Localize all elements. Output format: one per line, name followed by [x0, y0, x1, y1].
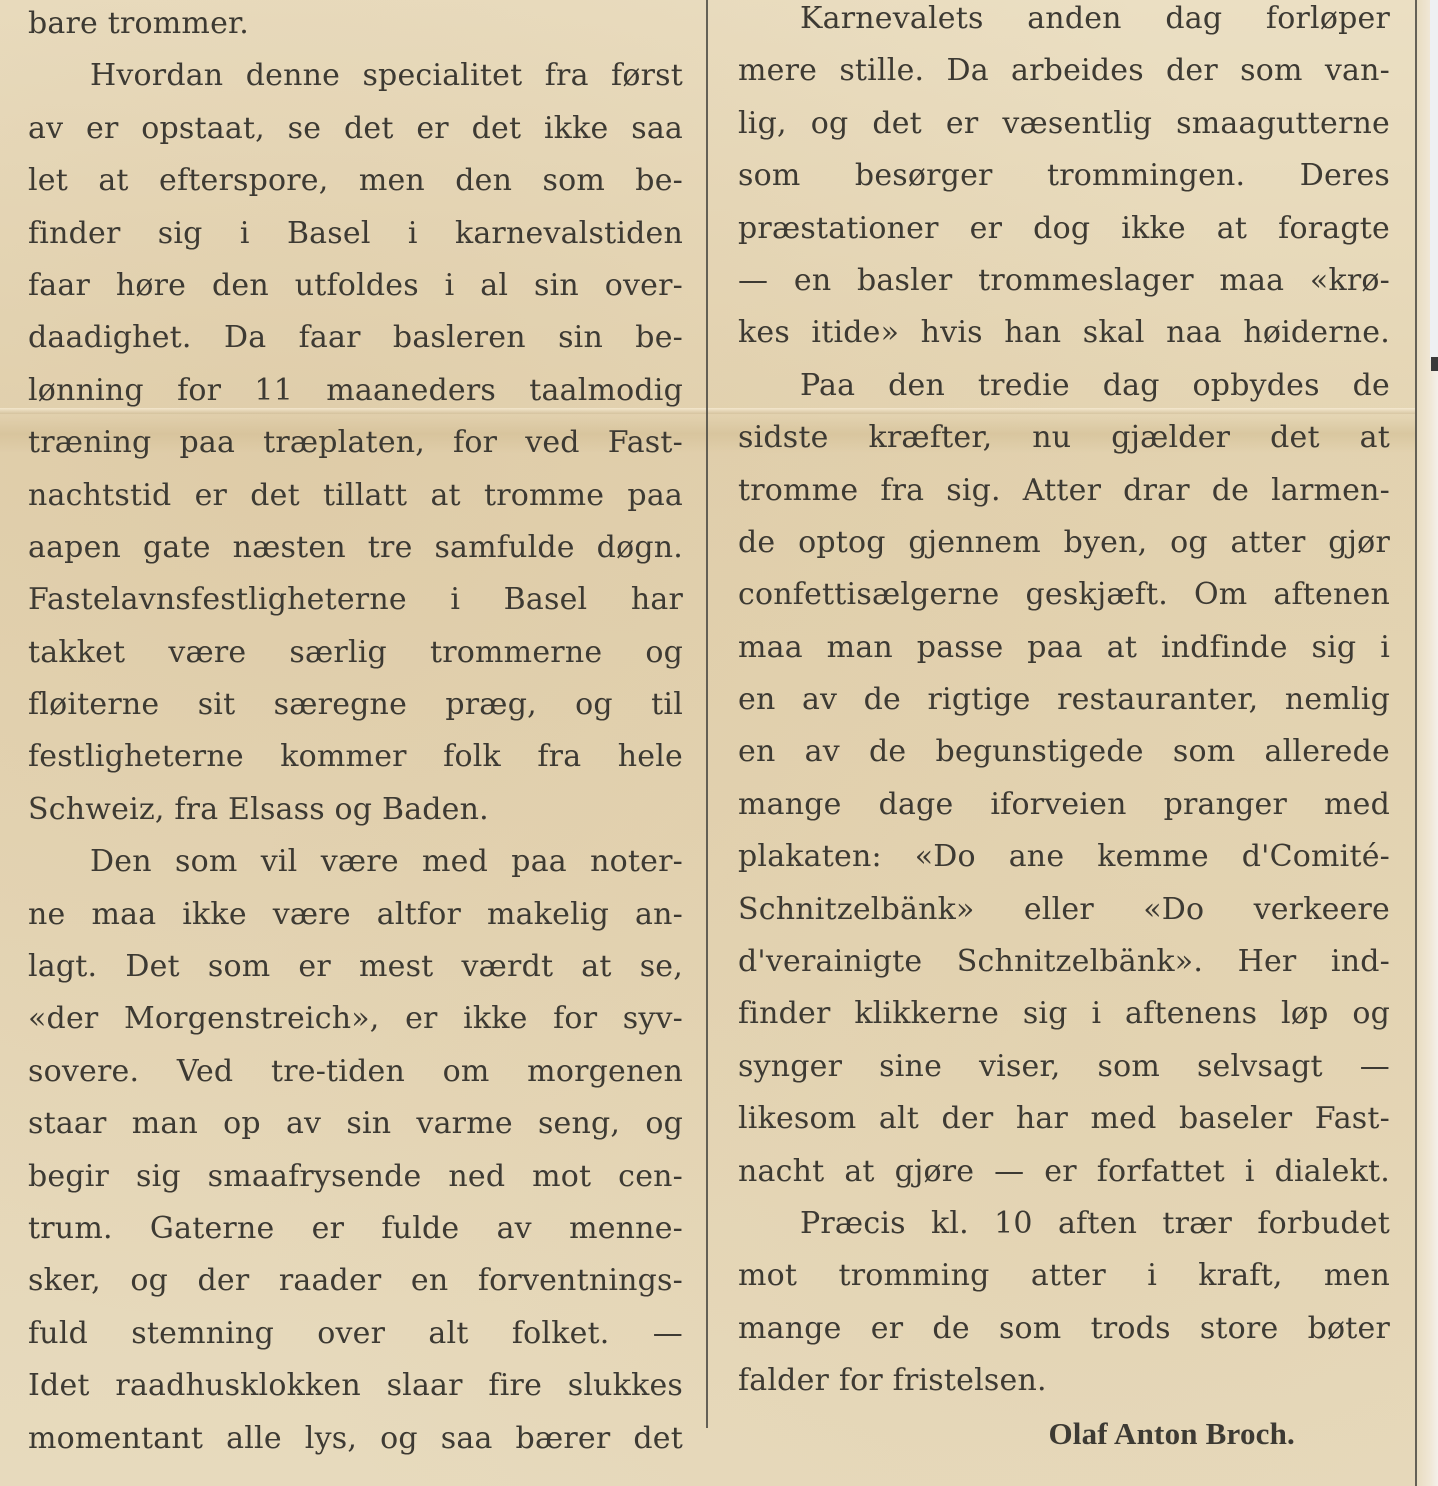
text-line: mot tromming atter i kraft, men	[738, 1250, 1390, 1302]
text-line: synger sine viser, som selvsagt —	[738, 1041, 1390, 1093]
text-line: præstationer er dog ikke at foragte	[738, 203, 1390, 255]
text-line: ne maa ikke være altfor makelig an-	[28, 889, 683, 941]
text-line: Præcis kl. 10 aften trær forbudet	[738, 1198, 1390, 1250]
text-line: av er opstaat, se det er det ikke saa	[28, 103, 683, 155]
text-line: mange er de som trods store bøter	[738, 1303, 1390, 1355]
text-line: finder klikkerne sig i aftenens løp og	[738, 988, 1390, 1040]
text-line: træning paa træplaten, for ved Fast-	[28, 417, 683, 469]
text-line: Paa den tredie dag opbydes de	[738, 360, 1390, 412]
text-line: likesom alt der har med baseler Fast-	[738, 1093, 1390, 1145]
text-line: sidste kræfter, nu gjælder det at	[738, 412, 1390, 464]
text-line: lagt. Det som er mest værdt at se,	[28, 941, 683, 993]
text-line: Idet raadhusklokken slaar fire slukkes	[28, 1360, 683, 1412]
newspaper-page: bare trommer.Hvordan denne specialitet f…	[0, 0, 1438, 1486]
text-line: plakaten: «Do ane kemme d'Comité-	[738, 831, 1390, 883]
text-line: aapen gate næsten tre samfulde døgn.	[28, 522, 683, 574]
text-line: tromme fra sig. Atter drar de larmen-	[738, 465, 1390, 517]
text-line: let at efterspore, men den som be-	[28, 155, 683, 207]
text-line: faar høre den utfoldes i al sin over-	[28, 260, 683, 312]
right-border-rule	[1415, 0, 1417, 1486]
text-line: fuld stemning over alt folket. —	[28, 1308, 683, 1360]
column-divider	[706, 0, 708, 1428]
text-line: sker, og der raader en forventnings-	[28, 1255, 683, 1307]
text-line: trum. Gaterne er fulde av menne-	[28, 1203, 683, 1255]
text-line: begir sig smaafrysende ned mot cen-	[28, 1151, 683, 1203]
text-line: daadighet. Da faar basleren sin be-	[28, 312, 683, 364]
text-line: nachtstid er det tillatt at tromme paa	[28, 470, 683, 522]
text-line: Schnitzelbänk» eller «Do verkeere	[738, 884, 1390, 936]
text-line: Karnevalets anden dag forløper	[738, 0, 1390, 45]
text-line: Schweiz, fra Elsass og Baden.	[28, 784, 683, 836]
text-line: — en basler trommeslager maa «krø-	[738, 255, 1390, 307]
text-line: nacht at gjøre — er forfattet i dialekt.	[738, 1146, 1390, 1198]
text-line: Den som vil være med paa noter-	[28, 836, 683, 888]
text-line: maa man passe paa at indfinde sig i	[738, 622, 1390, 674]
text-line: falder for fristelsen.	[738, 1355, 1390, 1407]
author-signature: Olaf Anton Broch.	[738, 1408, 1390, 1460]
text-line: mere stille. Da arbeides der som van-	[738, 45, 1390, 97]
text-line: momentant alle lys, og saa bærer det	[28, 1413, 683, 1465]
scan-background	[1430, 0, 1438, 360]
text-line: d'verainigte Schnitzelbänk». Her ind-	[738, 936, 1390, 988]
text-line: «der Morgenstreich», er ikke for syv-	[28, 993, 683, 1045]
text-line: en av de begunstigede som allerede	[738, 726, 1390, 778]
text-line: en av de rigtige restauranter, nemlig	[738, 674, 1390, 726]
text-line: staar man op av sin varme seng, og	[28, 1098, 683, 1150]
edge-mark	[1431, 357, 1438, 371]
article-column-right: Karnevalets anden dag forløpermere still…	[738, 0, 1390, 1460]
text-line: bare trommer.	[28, 0, 683, 50]
text-line: mange dage iforveien pranger med	[738, 779, 1390, 831]
text-line: Fastelavnsfestligheterne i Basel har	[28, 574, 683, 626]
text-line: som besørger trommingen. Deres	[738, 150, 1390, 202]
text-line: finder sig i Basel i karnevalstiden	[28, 208, 683, 260]
text-line: kes itide» hvis han skal naa høiderne.	[738, 307, 1390, 359]
text-line: takket være særlig trommerne og	[28, 627, 683, 679]
text-line: lig, og det er væsentlig smaagutterne	[738, 98, 1390, 150]
text-line: confettisælgerne geskjæft. Om aftenen	[738, 569, 1390, 621]
text-line: Hvordan denne specialitet fra først	[28, 50, 683, 102]
text-line: fløiterne sit særegne præg, og til	[28, 679, 683, 731]
text-line: de optog gjennem byen, og atter gjør	[738, 517, 1390, 569]
text-line: sovere. Ved tre-tiden om morgenen	[28, 1046, 683, 1098]
text-line: festligheterne kommer folk fra hele	[28, 731, 683, 783]
article-column-left: bare trommer.Hvordan denne specialitet f…	[28, 0, 683, 1465]
text-line: lønning for 11 maaneders taalmodig	[28, 365, 683, 417]
